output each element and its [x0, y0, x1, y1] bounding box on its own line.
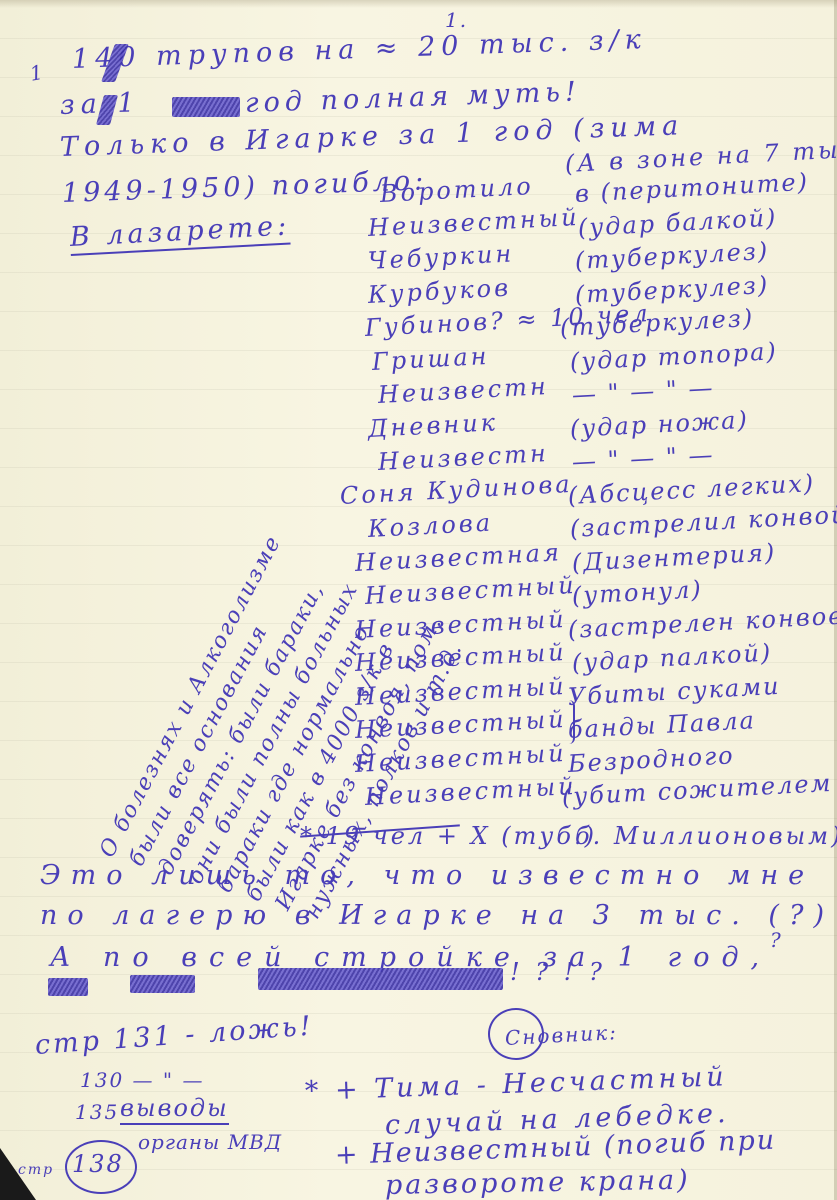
- page-ref-135-word: выводы: [120, 1094, 229, 1125]
- summary-line-1: Это лишь то, что известно мне: [40, 860, 814, 891]
- struck-phrase: [258, 968, 503, 990]
- total-cause: б. Миллионовым): [575, 822, 837, 850]
- organs-mvd: органы МВД: [138, 1130, 282, 1154]
- folded-corner: [0, 1148, 36, 1200]
- circled-page-number: 138: [72, 1150, 124, 1178]
- summary-line-2: по лагерю в Игарке на 3 тыс. (?): [40, 900, 834, 931]
- page-top-shadow: [0, 0, 837, 8]
- struck-word-1: [48, 978, 88, 996]
- exclamation-marks: ! ? ! ?: [510, 958, 606, 986]
- page-ref-130: 130 — " —: [80, 1068, 204, 1092]
- accident-entry-2-cont: развороте крана): [385, 1165, 691, 1200]
- summary-question-mark: ?: [770, 928, 783, 952]
- struck-word: [172, 97, 240, 117]
- group-bracket: [565, 700, 575, 744]
- page-ref-135-num: 135: [75, 1100, 119, 1124]
- struck-word-2: [130, 975, 195, 993]
- page-number-top: 1.: [445, 8, 468, 32]
- entry-name: Гришан: [371, 341, 490, 375]
